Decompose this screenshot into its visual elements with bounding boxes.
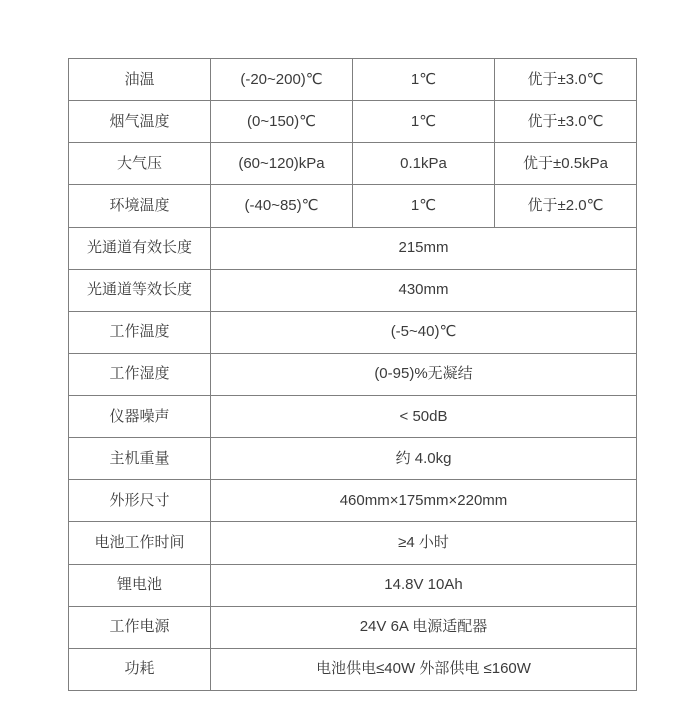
spec-value-cell: (0-95)%无凝结 (211, 353, 637, 395)
spec-name-cell: 主机重量 (69, 438, 211, 480)
spec-name-cell: 工作温度 (69, 311, 211, 353)
spec-accuracy-cell: 优于±2.0℃ (495, 185, 637, 227)
table-row: 主机重量 约 4.0kg (69, 438, 637, 480)
spec-accuracy-cell: 优于±3.0℃ (495, 101, 637, 143)
spec-accuracy-cell: 优于±3.0℃ (495, 59, 637, 101)
table-row: 仪器噪声 < 50dB (69, 396, 637, 438)
spec-name-cell: 大气压 (69, 143, 211, 185)
spec-value-cell: ≥4 小时 (211, 522, 637, 564)
table-row: 烟气温度 (0~150)℃ 1℃ 优于±3.0℃ (69, 101, 637, 143)
specification-table: 油温 (-20~200)℃ 1℃ 优于±3.0℃ 烟气温度 (0~150)℃ 1… (68, 58, 637, 691)
spec-name-cell: 电池工作时间 (69, 522, 211, 564)
table-row: 油温 (-20~200)℃ 1℃ 优于±3.0℃ (69, 59, 637, 101)
spec-resolution-cell: 1℃ (353, 59, 495, 101)
spec-name-cell: 工作电源 (69, 606, 211, 648)
spec-value-cell: (-5~40)℃ (211, 311, 637, 353)
spec-name-cell: 光通道有效长度 (69, 227, 211, 269)
spec-value-cell: 14.8V 10Ah (211, 564, 637, 606)
spec-value-cell: 430mm (211, 269, 637, 311)
spec-name-cell: 仪器噪声 (69, 396, 211, 438)
table-row: 工作温度 (-5~40)℃ (69, 311, 637, 353)
spec-name-cell: 外形尺寸 (69, 480, 211, 522)
spec-name-cell: 工作湿度 (69, 353, 211, 395)
spec-value-cell: 215mm (211, 227, 637, 269)
spec-range-cell: (-20~200)℃ (211, 59, 353, 101)
table-row: 功耗 电池供电≤40W 外部供电 ≤160W (69, 648, 637, 690)
specification-table-body: 油温 (-20~200)℃ 1℃ 优于±3.0℃ 烟气温度 (0~150)℃ 1… (69, 59, 637, 691)
table-row: 工作电源 24V 6A 电源适配器 (69, 606, 637, 648)
spec-resolution-cell: 0.1kPa (353, 143, 495, 185)
spec-name-cell: 环境温度 (69, 185, 211, 227)
spec-value-cell: < 50dB (211, 396, 637, 438)
spec-range-cell: (-40~85)℃ (211, 185, 353, 227)
spec-name-cell: 光通道等效长度 (69, 269, 211, 311)
table-row: 外形尺寸 460mm×175mm×220mm (69, 480, 637, 522)
spec-resolution-cell: 1℃ (353, 185, 495, 227)
spec-name-cell: 烟气温度 (69, 101, 211, 143)
spec-name-cell: 锂电池 (69, 564, 211, 606)
table-row: 大气压 (60~120)kPa 0.1kPa 优于±0.5kPa (69, 143, 637, 185)
spec-value-cell: 约 4.0kg (211, 438, 637, 480)
spec-range-cell: (60~120)kPa (211, 143, 353, 185)
spec-name-cell: 油温 (69, 59, 211, 101)
spec-range-cell: (0~150)℃ (211, 101, 353, 143)
table-row: 锂电池 14.8V 10Ah (69, 564, 637, 606)
table-row: 环境温度 (-40~85)℃ 1℃ 优于±2.0℃ (69, 185, 637, 227)
table-row: 工作湿度 (0-95)%无凝结 (69, 353, 637, 395)
spec-value-cell: 460mm×175mm×220mm (211, 480, 637, 522)
table-row: 光通道有效长度 215mm (69, 227, 637, 269)
spec-resolution-cell: 1℃ (353, 101, 495, 143)
table-row: 光通道等效长度 430mm (69, 269, 637, 311)
spec-value-cell: 电池供电≤40W 外部供电 ≤160W (211, 648, 637, 690)
spec-value-cell: 24V 6A 电源适配器 (211, 606, 637, 648)
spec-accuracy-cell: 优于±0.5kPa (495, 143, 637, 185)
spec-name-cell: 功耗 (69, 648, 211, 690)
table-row: 电池工作时间 ≥4 小时 (69, 522, 637, 564)
